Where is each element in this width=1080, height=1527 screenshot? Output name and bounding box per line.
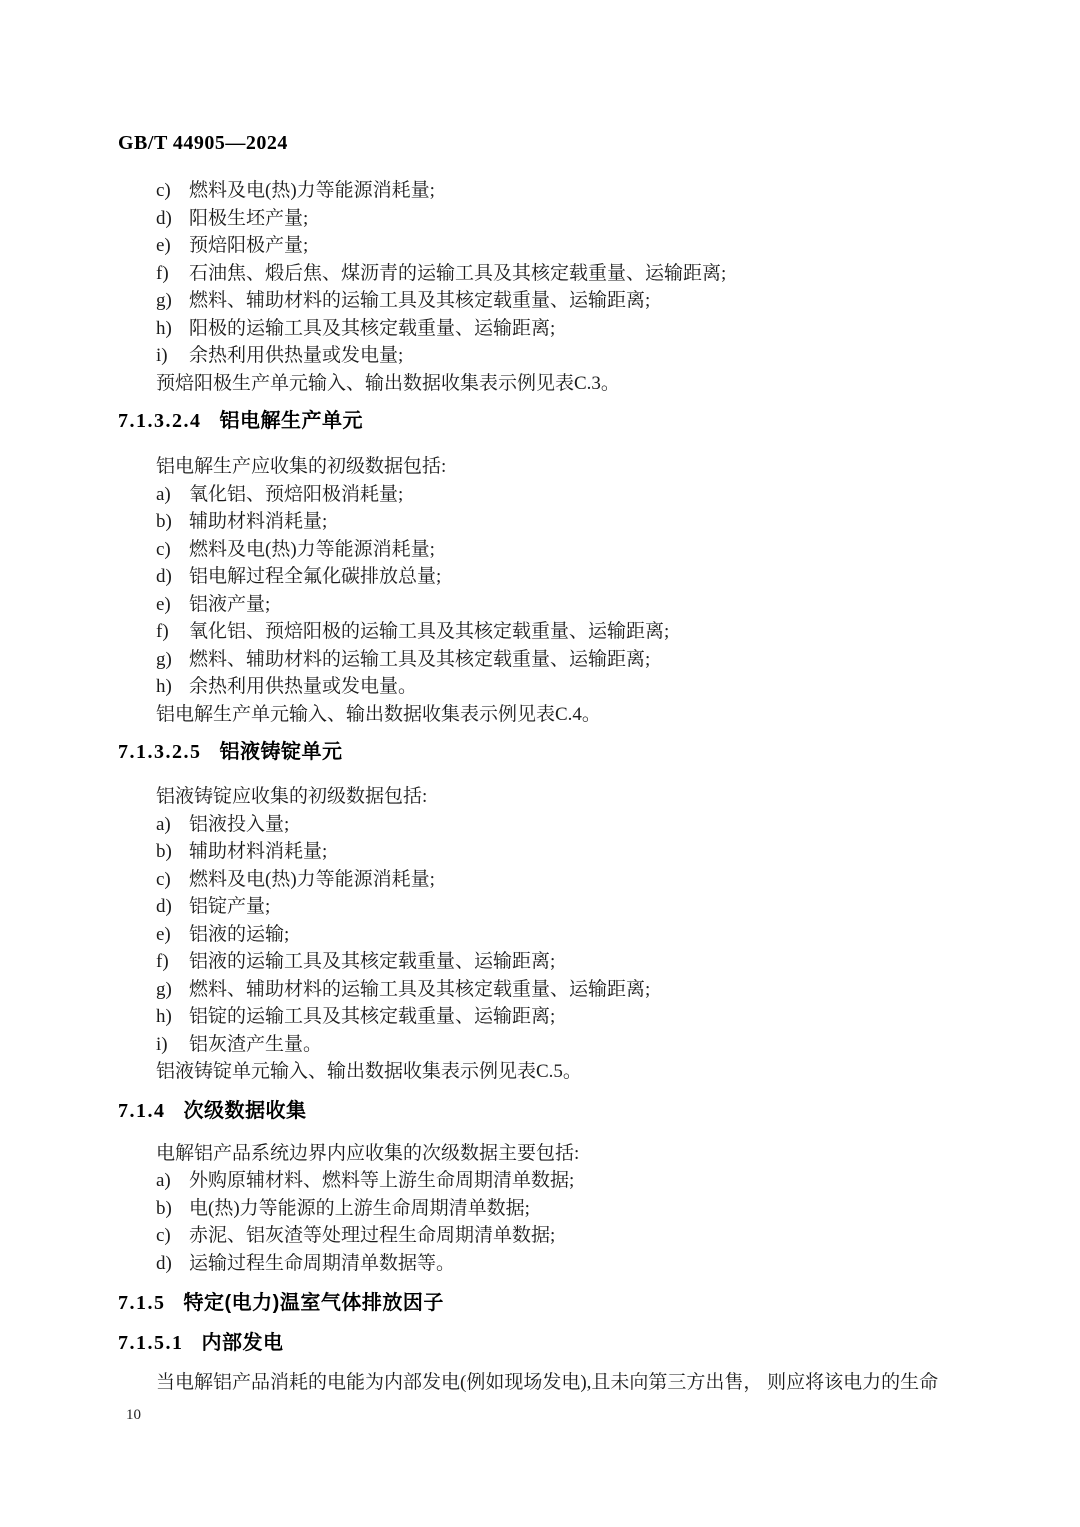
- list-item-text: 余热利用供热量或发电量。: [189, 673, 962, 701]
- list-item: c) 赤泥、铝灰渣等处理过程生命周期清单数据;: [118, 1222, 962, 1250]
- ingot-casting-list: 铝液铸锭应收集的初级数据包括: a) 铝液投入量; b) 辅助材料消耗量; c)…: [118, 783, 962, 1086]
- closing-note: 铝电解生产单元输入、输出数据收集表示例见表C.4。: [156, 701, 962, 729]
- list-item: c) 燃料及电(热)力等能源消耗量;: [118, 177, 962, 205]
- list-item-text: 燃料及电(热)力等能源消耗量;: [189, 177, 962, 205]
- list-intro: 铝电解生产应收集的初级数据包括:: [156, 453, 962, 481]
- list-item-text: 氧化铝、预焙阳极消耗量;: [189, 481, 962, 509]
- list-item-label: f): [156, 948, 189, 976]
- list-item-text: 氧化铝、预焙阳极的运输工具及其核定载重量、运输距离;: [189, 618, 962, 646]
- list-item-text: 铝液产量;: [189, 591, 962, 619]
- list-item: g) 燃料、辅助材料的运输工具及其核定载重量、运输距离;: [118, 646, 962, 674]
- section-heading: 7.1.5.1 内部发电: [118, 1331, 962, 1355]
- list-item-text: 阳极生坯产量;: [189, 205, 962, 233]
- list-item-label: b): [156, 508, 189, 536]
- list-item: b) 辅助材料消耗量;: [118, 508, 962, 536]
- list-item-label: f): [156, 618, 189, 646]
- list-item: h) 铝锭的运输工具及其核定载重量、运输距离;: [118, 1003, 962, 1031]
- list-item-text: 预焙阳极产量;: [189, 232, 962, 260]
- list-item-label: e): [156, 921, 189, 949]
- standard-code: GB/T 44905—2024: [118, 131, 962, 155]
- list-item-text: 余热利用供热量或发电量;: [189, 342, 962, 370]
- prebaked-anode-list: c) 燃料及电(热)力等能源消耗量; d) 阳极生坯产量; e) 预焙阳极产量;…: [118, 177, 962, 397]
- section-heading-number: 7.1.3.2.4: [118, 409, 202, 433]
- list-item-text: 铝液的运输工具及其核定载重量、运输距离;: [189, 948, 962, 976]
- page-number: 10: [126, 1406, 141, 1424]
- list-item: d) 铝锭产量;: [118, 893, 962, 921]
- list-item: f) 氧化铝、预焙阳极的运输工具及其核定载重量、运输距离;: [118, 618, 962, 646]
- list-item: f) 铝液的运输工具及其核定载重量、运输距离;: [118, 948, 962, 976]
- list-item-label: h): [156, 315, 189, 343]
- list-item-text: 铝锭产量;: [189, 893, 962, 921]
- list-item-text: 电(热)力等能源的上游生命周期清单数据;: [189, 1195, 962, 1223]
- list-item-label: e): [156, 232, 189, 260]
- section-heading-title: 铝液铸锭单元: [220, 740, 343, 764]
- list-item-text: 燃料及电(热)力等能源消耗量;: [189, 866, 962, 894]
- list-item-text: 铝液投入量;: [189, 811, 962, 839]
- list-item-label: f): [156, 260, 189, 288]
- section-heading-title: 内部发电: [202, 1331, 284, 1355]
- list-item-text: 燃料、辅助材料的运输工具及其核定载重量、运输距离;: [189, 646, 962, 674]
- list-item-label: g): [156, 287, 189, 315]
- list-item: c) 燃料及电(热)力等能源消耗量;: [118, 866, 962, 894]
- list-item-text: 辅助材料消耗量;: [189, 508, 962, 536]
- list-item-label: h): [156, 673, 189, 701]
- list-item-label: c): [156, 177, 189, 205]
- list-item: d) 运输过程生命周期清单数据等。: [118, 1250, 962, 1278]
- list-item-text: 燃料及电(热)力等能源消耗量;: [189, 536, 962, 564]
- list-item-label: e): [156, 591, 189, 619]
- list-item-text: 铝灰渣产生量。: [189, 1031, 962, 1059]
- list-item-label: d): [156, 205, 189, 233]
- secondary-data-list: 电解铝产品系统边界内应收集的次级数据主要包括: a) 外购原辅材料、燃料等上游生…: [118, 1140, 962, 1278]
- list-item-label: a): [156, 481, 189, 509]
- list-item: i) 余热利用供热量或发电量;: [118, 342, 962, 370]
- list-intro: 电解铝产品系统边界内应收集的次级数据主要包括:: [156, 1140, 962, 1168]
- list-item-label: b): [156, 838, 189, 866]
- list-item: a) 氧化铝、预焙阳极消耗量;: [118, 481, 962, 509]
- list-item-text: 石油焦、煅后焦、煤沥青的运输工具及其核定载重量、运输距离;: [189, 260, 962, 288]
- list-item-text: 阳极的运输工具及其核定载重量、运输距离;: [189, 315, 962, 343]
- list-item-text: 燃料、辅助材料的运输工具及其核定载重量、运输距离;: [189, 287, 962, 315]
- list-item: e) 铝液的运输;: [118, 921, 962, 949]
- closing-note: 预焙阳极生产单元输入、输出数据收集表示例见表C.3。: [156, 370, 962, 398]
- list-item: d) 铝电解过程全氟化碳排放总量;: [118, 563, 962, 591]
- list-item-text: 外购原辅材料、燃料等上游生命周期清单数据;: [189, 1167, 962, 1195]
- body-paragraph: 当电解铝产品消耗的电能为内部发电(例如现场发电),且未向第三方出售， 则应将该电…: [118, 1369, 962, 1397]
- list-item: c) 燃料及电(热)力等能源消耗量;: [118, 536, 962, 564]
- section-heading-title: 铝电解生产单元: [220, 409, 364, 433]
- list-item-text: 铝电解过程全氟化碳排放总量;: [189, 563, 962, 591]
- list-item-label: a): [156, 811, 189, 839]
- list-item-label: h): [156, 1003, 189, 1031]
- list-item-label: d): [156, 563, 189, 591]
- list-item-label: i): [156, 342, 189, 370]
- section-heading: 7.1.3.2.5 铝液铸锭单元: [118, 740, 962, 764]
- list-item: b) 电(热)力等能源的上游生命周期清单数据;: [118, 1195, 962, 1223]
- list-item-text: 铝液的运输;: [189, 921, 962, 949]
- list-item: g) 燃料、辅助材料的运输工具及其核定载重量、运输距离;: [118, 287, 962, 315]
- list-item: a) 铝液投入量;: [118, 811, 962, 839]
- list-item-label: i): [156, 1031, 189, 1059]
- list-item-label: b): [156, 1195, 189, 1223]
- list-item-label: d): [156, 1250, 189, 1278]
- section-heading-title: 次级数据收集: [184, 1099, 307, 1123]
- list-item: b) 辅助材料消耗量;: [118, 838, 962, 866]
- section-heading-number: 7.1.5.1: [118, 1331, 184, 1355]
- list-item-text: 辅助材料消耗量;: [189, 838, 962, 866]
- list-item: i) 铝灰渣产生量。: [118, 1031, 962, 1059]
- section-heading-number: 7.1.3.2.5: [118, 740, 202, 764]
- list-item: e) 铝液产量;: [118, 591, 962, 619]
- list-item-text: 赤泥、铝灰渣等处理过程生命周期清单数据;: [189, 1222, 962, 1250]
- aluminum-electrolysis-list: 铝电解生产应收集的初级数据包括: a) 氧化铝、预焙阳极消耗量; b) 辅助材料…: [118, 453, 962, 728]
- list-item-label: d): [156, 893, 189, 921]
- list-item-label: a): [156, 1167, 189, 1195]
- section-heading-number: 7.1.5: [118, 1291, 166, 1315]
- list-item-label: g): [156, 976, 189, 1004]
- section-heading: 7.1.4 次级数据收集: [118, 1099, 962, 1123]
- list-item-text: 铝锭的运输工具及其核定载重量、运输距离;: [189, 1003, 962, 1031]
- list-item-text: 燃料、辅助材料的运输工具及其核定载重量、运输距离;: [189, 976, 962, 1004]
- list-item: d) 阳极生坯产量;: [118, 205, 962, 233]
- list-item-label: g): [156, 646, 189, 674]
- list-item: g) 燃料、辅助材料的运输工具及其核定载重量、运输距离;: [118, 976, 962, 1004]
- list-intro: 铝液铸锭应收集的初级数据包括:: [156, 783, 962, 811]
- section-heading-title: 特定(电力)温室气体排放因子: [184, 1291, 444, 1315]
- section-heading: 7.1.5 特定(电力)温室气体排放因子: [118, 1291, 962, 1315]
- list-item-label: c): [156, 1222, 189, 1250]
- list-item-label: c): [156, 866, 189, 894]
- list-item-text: 运输过程生命周期清单数据等。: [189, 1250, 962, 1278]
- document-page: GB/T 44905—2024 c) 燃料及电(热)力等能源消耗量; d) 阳极…: [0, 0, 1080, 1527]
- list-item: e) 预焙阳极产量;: [118, 232, 962, 260]
- list-item: f) 石油焦、煅后焦、煤沥青的运输工具及其核定载重量、运输距离;: [118, 260, 962, 288]
- list-item: h) 阳极的运输工具及其核定载重量、运输距离;: [118, 315, 962, 343]
- section-heading-number: 7.1.4: [118, 1099, 166, 1123]
- section-heading: 7.1.3.2.4 铝电解生产单元: [118, 409, 962, 433]
- closing-note: 铝液铸锭单元输入、输出数据收集表示例见表C.5。: [156, 1058, 962, 1086]
- list-item: h) 余热利用供热量或发电量。: [118, 673, 962, 701]
- list-item-label: c): [156, 536, 189, 564]
- list-item: a) 外购原辅材料、燃料等上游生命周期清单数据;: [118, 1167, 962, 1195]
